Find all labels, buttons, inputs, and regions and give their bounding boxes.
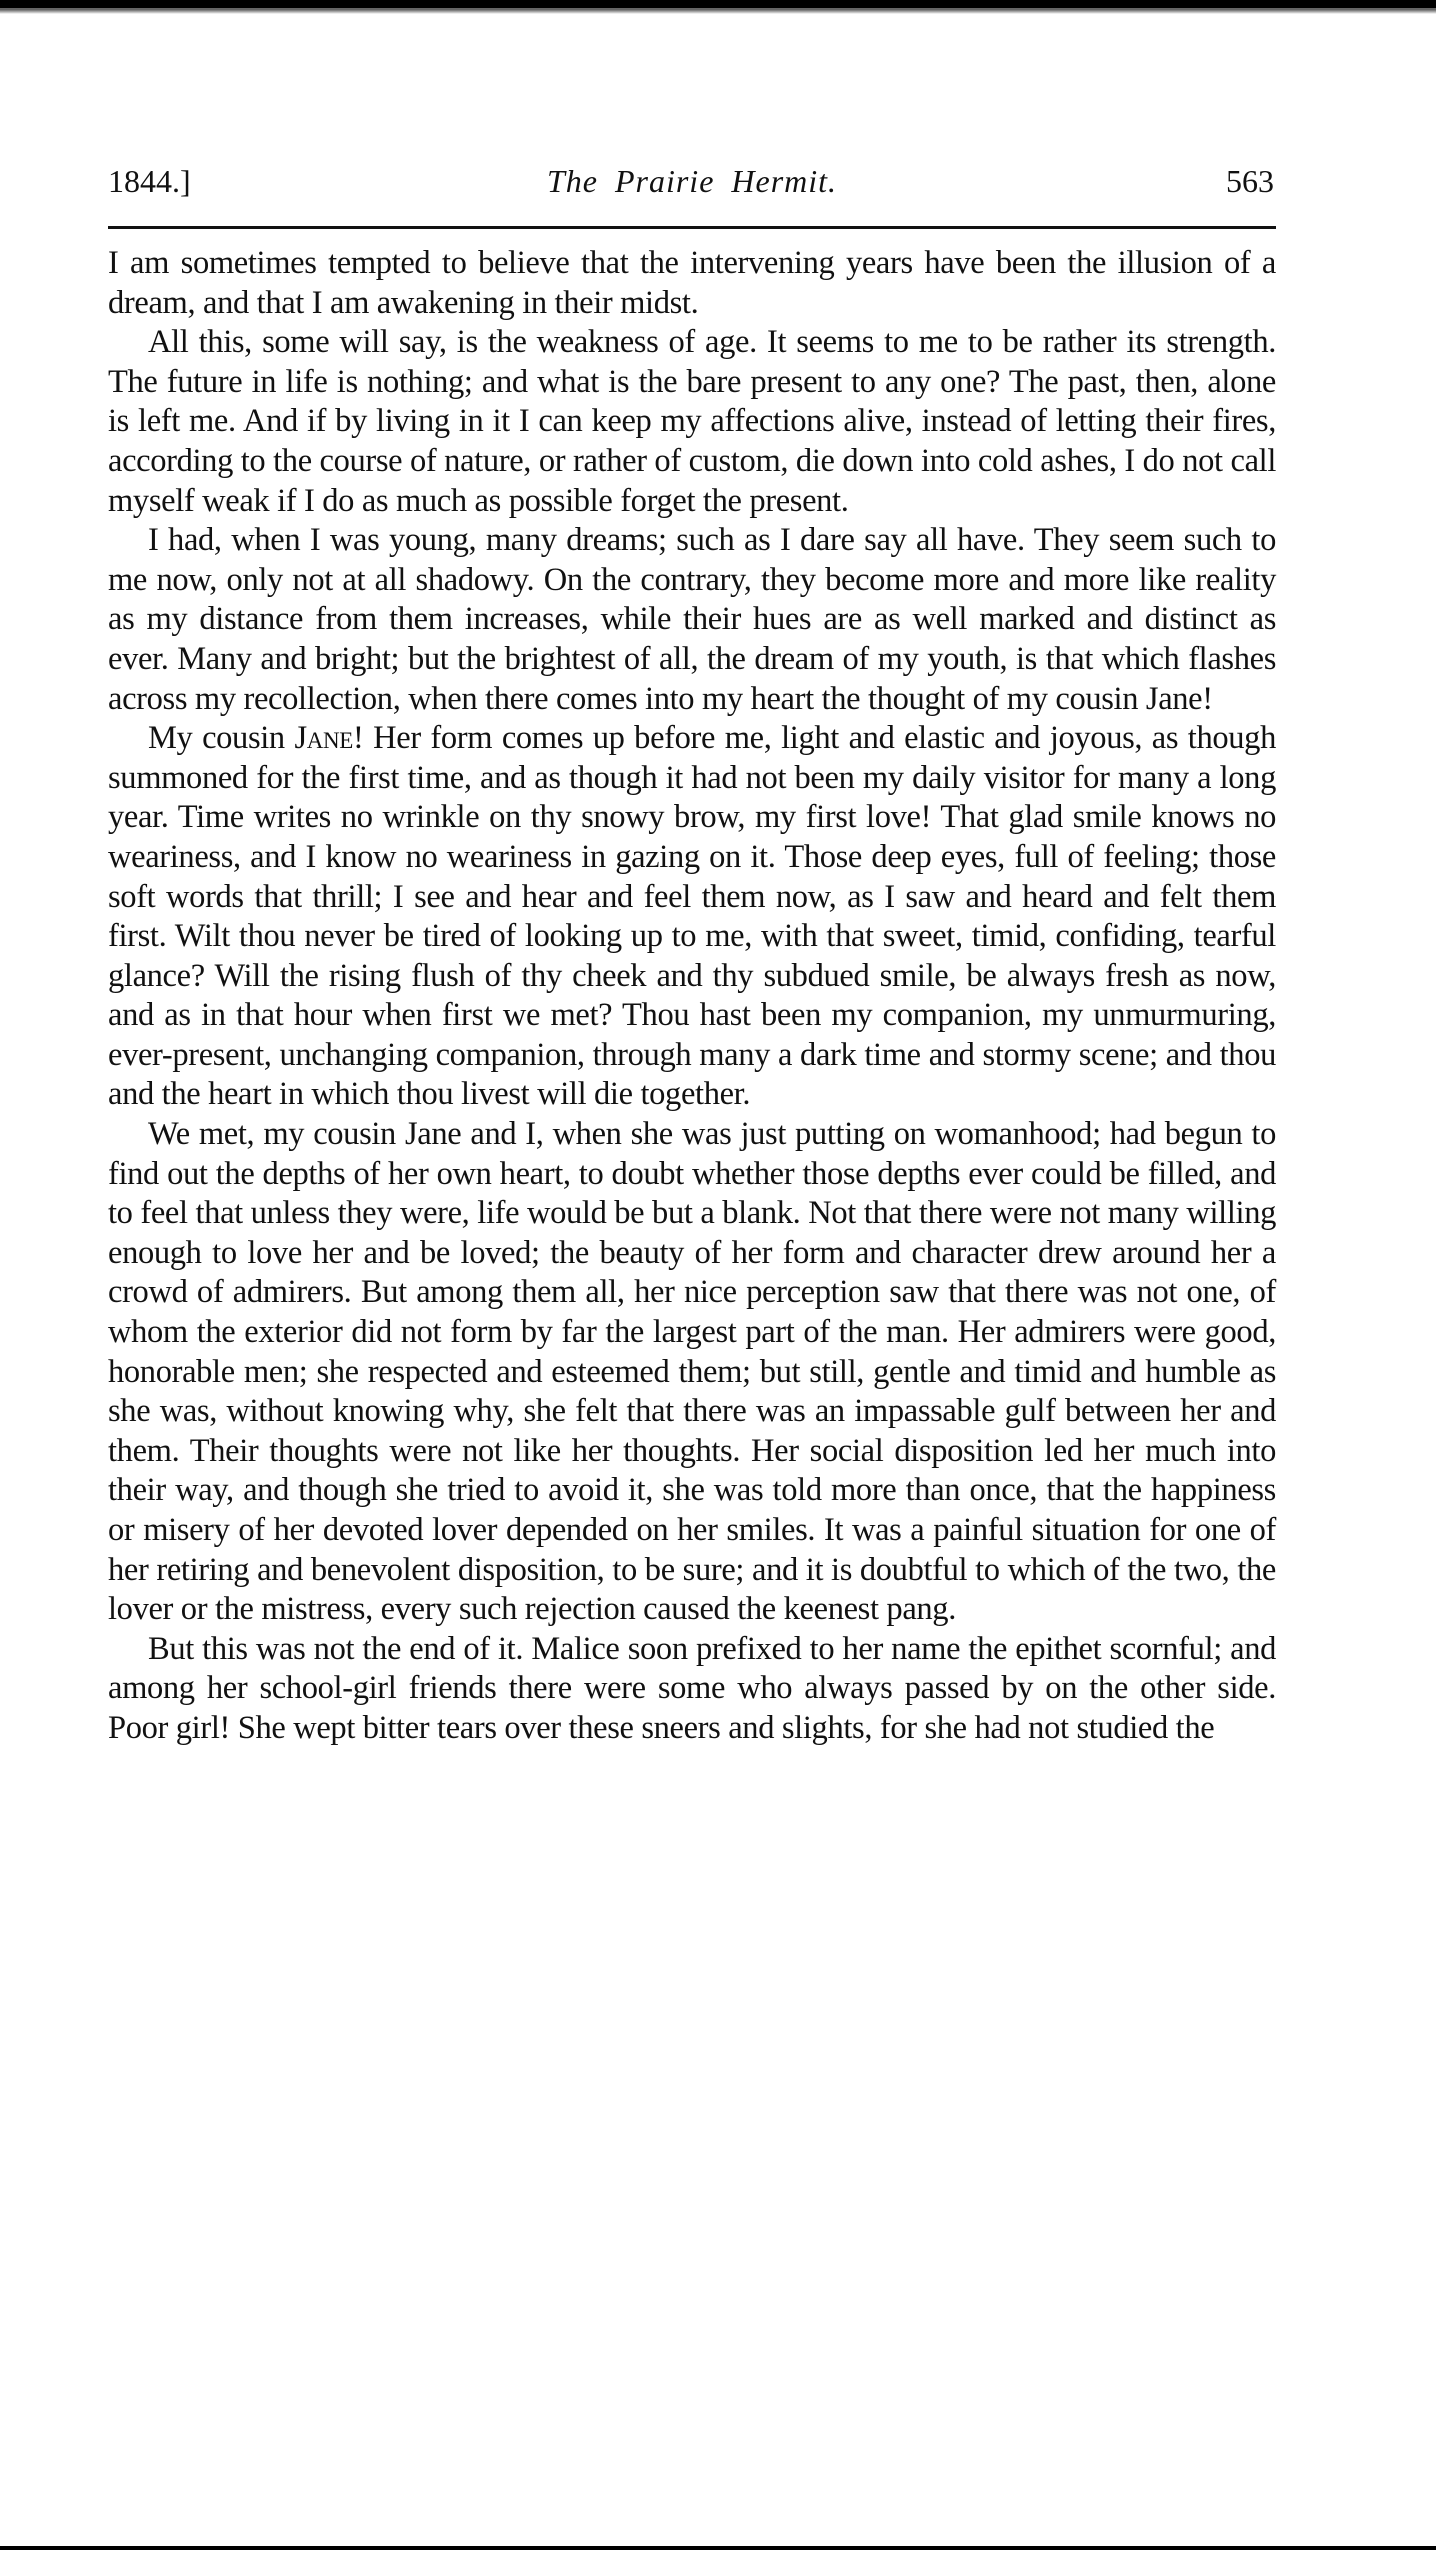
paragraph-4: My cousin Jane! Her form comes up before… <box>108 719 1276 1115</box>
header-rule <box>108 226 1276 229</box>
name-jane-smallcaps: Jane <box>294 720 353 756</box>
paragraph-2: All this, some will say, is the weakness… <box>108 323 1276 521</box>
scan-bottom-border <box>0 2546 1436 2550</box>
page-number: 563 <box>1226 158 1274 204</box>
running-head: 1844.] The Prairie Hermit. 563 <box>108 158 1276 204</box>
body-text: I am sometimes tempted to believe that t… <box>108 244 1276 1749</box>
paragraph-5: We met, my cousin Jane and I, when she w… <box>108 1115 1276 1630</box>
paragraph-3: I had, when I was young, many dreams; su… <box>108 521 1276 719</box>
paragraph-1: I am sometimes tempted to believe that t… <box>108 244 1276 323</box>
scan-top-shadow <box>0 8 1436 14</box>
paragraph-4-text: ! Her form comes up before me, light and… <box>108 720 1276 1112</box>
paragraph-4-lead: My cousin <box>148 720 294 756</box>
running-head-title: The Prairie Hermit. <box>108 158 1276 204</box>
scan-top-border <box>0 0 1436 8</box>
paragraph-6: But this was not the end of it. Malice s… <box>108 1630 1276 1749</box>
